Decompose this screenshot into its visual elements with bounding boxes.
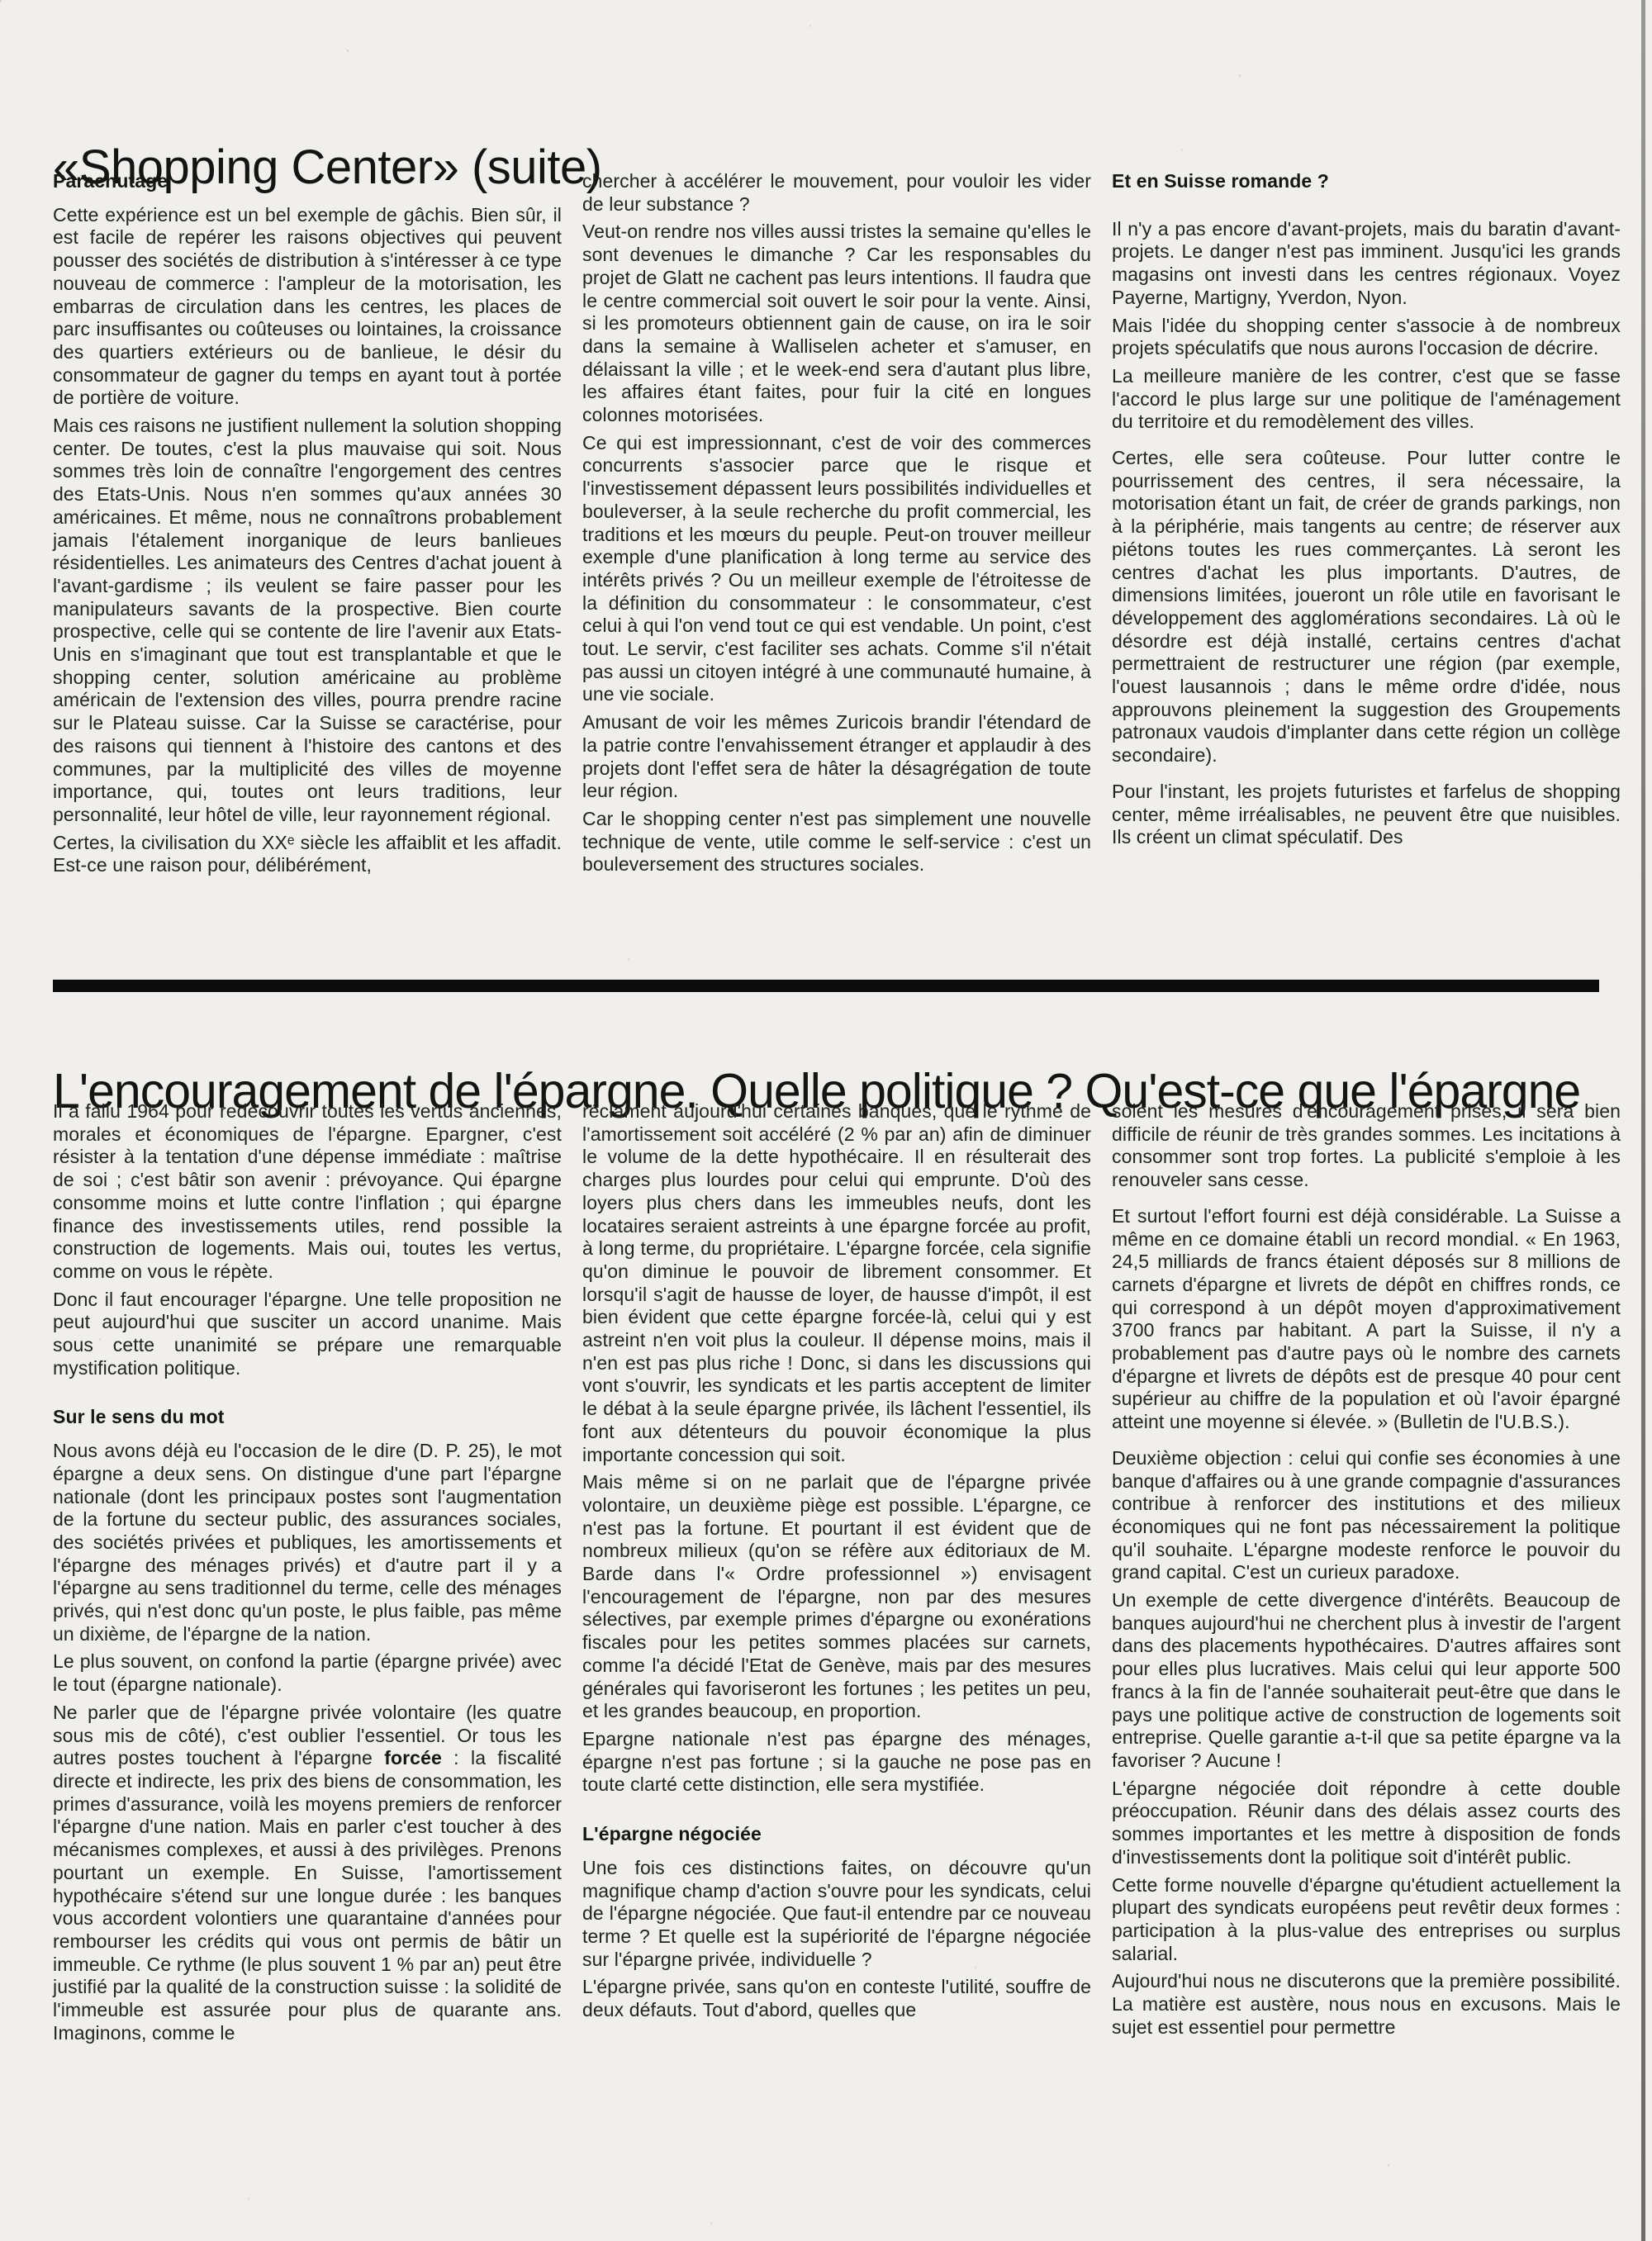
paragraph: Le plus souvent, on confond la partie (é… xyxy=(53,1650,562,1696)
paragraph: Aujourd'hui nous ne discuterons que la p… xyxy=(1112,1970,1621,2039)
section-subhead-sens-du-mot: Sur le sens du mot xyxy=(53,1406,562,1429)
paragraph: Nous avons déjà eu l'occasion de le dire… xyxy=(53,1440,562,1645)
paragraph: Un exemple de cette divergence d'intérêt… xyxy=(1112,1589,1621,1773)
paragraph: Pour l'instant, les projets futuristes e… xyxy=(1112,781,1621,849)
paragraph: La meilleure manière de les contrer, c'e… xyxy=(1112,365,1621,434)
paragraph: Cette forme nouvelle d'épargne qu'étudie… xyxy=(1112,1874,1621,1966)
page-edge-shadow xyxy=(1641,0,1645,2241)
paragraph: Amusant de voir les mêmes Zuricois brand… xyxy=(582,711,1091,803)
newspaper-page: «Shopping Center» (suite) Parachutage Ce… xyxy=(0,0,1652,2241)
paragraph: Mais même si on ne parlait que de l'épar… xyxy=(582,1471,1091,1723)
section-subhead-parachutage: Parachutage xyxy=(53,170,562,193)
paragraph: Une fois ces distinctions faites, on déc… xyxy=(582,1857,1091,1972)
paragraph: Il a fallu 1964 pour redécouvrir toutes … xyxy=(53,1100,562,1284)
paragraph: soient les mesures d'encouragement prise… xyxy=(1112,1100,1621,1192)
scan-specks xyxy=(0,0,2,2)
paragraph: Deuxième objection : celui qui confie se… xyxy=(1112,1447,1621,1584)
section-subhead-suisse-romande: Et en Suisse romande ? xyxy=(1112,170,1621,193)
paragraph: Veut-on rendre nos villes aussi tristes … xyxy=(582,221,1091,426)
article1-column-2: chercher à accélérer le mouvement, pour … xyxy=(582,170,1091,876)
paragraph: L'épargne privée, sans qu'on en conteste… xyxy=(582,1976,1091,2021)
paragraph: Ne parler que de l'épargne privée volont… xyxy=(53,1702,562,2045)
divider-rule xyxy=(53,980,1599,992)
article1-column-3: Et en Suisse romande ? Il n'y a pas enco… xyxy=(1112,170,1621,849)
section-subhead-epargne-negociee: L'épargne négociée xyxy=(582,1823,1091,1846)
paragraph: réclament aujourd'hui certaines banques,… xyxy=(582,1100,1091,1466)
paragraph: Mais l'idée du shopping center s'associe… xyxy=(1112,315,1621,360)
article2-column-1: Il a fallu 1964 pour redécouvrir toutes … xyxy=(53,1100,562,2044)
paragraph: Ce qui est impressionnant, c'est de voir… xyxy=(582,432,1091,706)
paragraph: Cette expérience est un bel exemple de g… xyxy=(53,204,562,410)
paragraph: Et surtout l'effort fourni est déjà cons… xyxy=(1112,1205,1621,1434)
paragraph-text: : la fiscalité directe et indirecte, les… xyxy=(53,1747,562,2043)
paragraph: Mais ces raisons ne justifient nullement… xyxy=(53,415,562,827)
article1-column-1: Parachutage Cette expérience est un bel … xyxy=(53,170,562,877)
paragraph: Donc il faut encourager l'épargne. Une t… xyxy=(53,1289,562,1380)
bold-emphasis: forcée xyxy=(384,1747,442,1769)
article2-column-2: réclament aujourd'hui certaines banques,… xyxy=(582,1100,1091,2022)
paragraph: Certes, elle sera coûteuse. Pour lutter … xyxy=(1112,447,1621,767)
paragraph: Certes, la civilisation du XXᵉ siècle le… xyxy=(53,832,562,877)
paragraph: L'épargne négociée doit répondre à cette… xyxy=(1112,1778,1621,1869)
paragraph: Car le shopping center n'est pas simplem… xyxy=(582,808,1091,876)
article2-column-3: soient les mesures d'encouragement prise… xyxy=(1112,1100,1621,2039)
paragraph: Epargne nationale n'est pas épargne des … xyxy=(582,1728,1091,1797)
paragraph: chercher à accélérer le mouvement, pour … xyxy=(582,170,1091,216)
paragraph: Il n'y a pas encore d'avant-projets, mai… xyxy=(1112,218,1621,310)
